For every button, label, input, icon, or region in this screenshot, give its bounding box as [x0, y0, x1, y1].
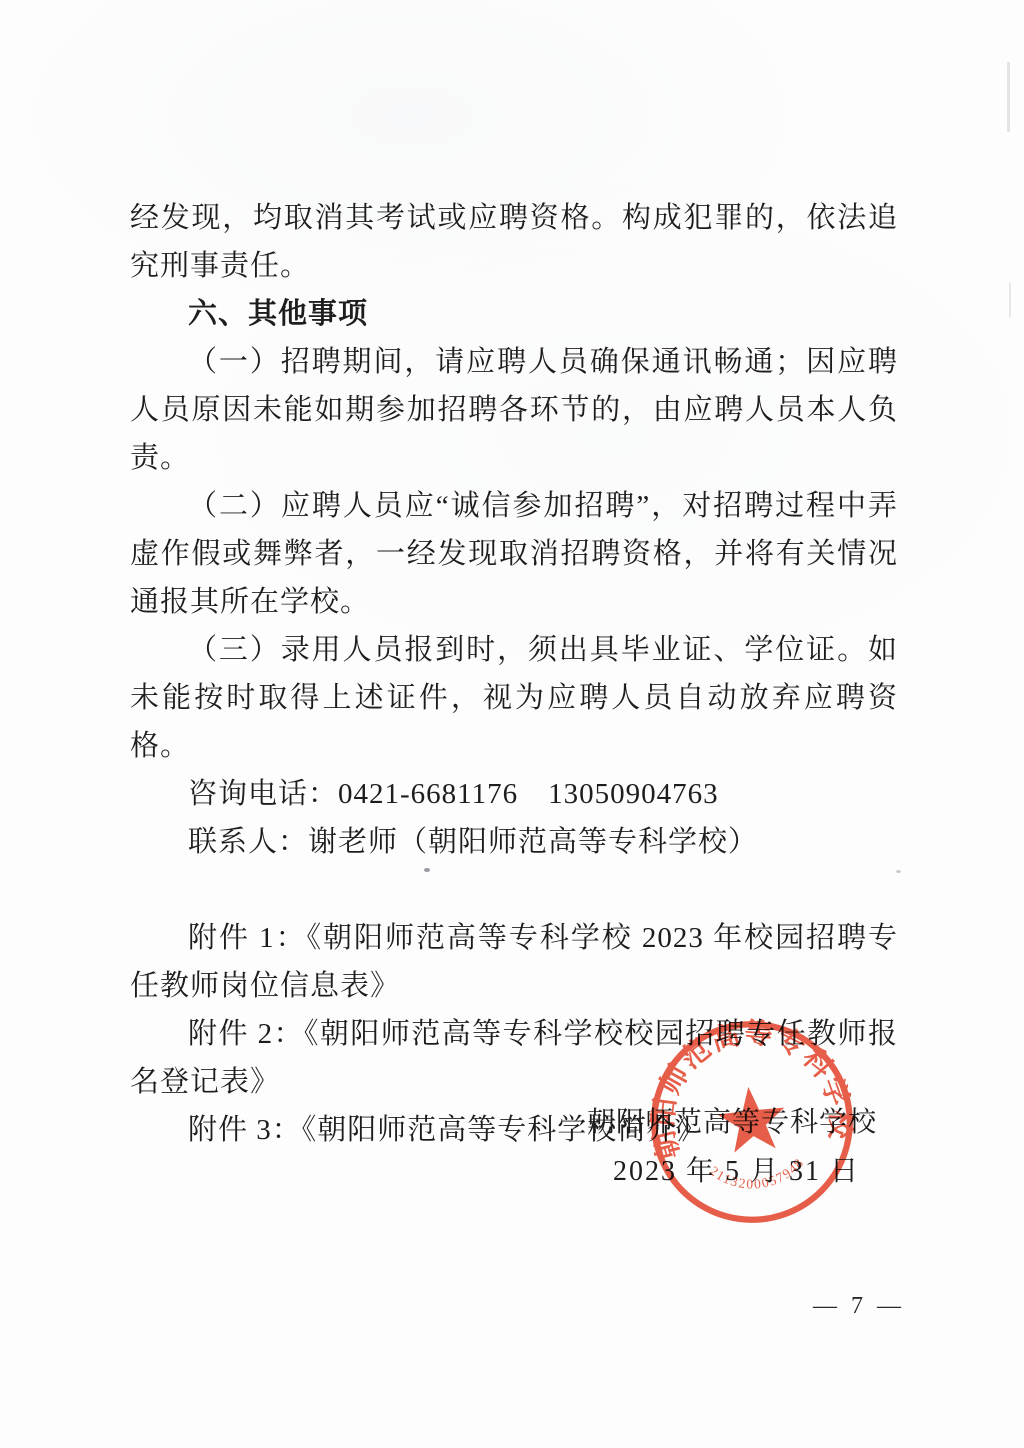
seal-serial-number: 2113200057948: [706, 1154, 810, 1197]
contact-line: 联系人：谢老师（朝阳师范高等专科学校）: [130, 818, 898, 866]
paragraph-item-1: （一）招聘期间，请应聘人员确保通讯畅通；因应聘人员原因未能如期参加招聘各环节的，…: [130, 338, 898, 482]
document-body: 经发现，均取消其考试或应聘资格。构成犯罪的，依法追究刑事责任。 六、其他事项 （…: [130, 194, 898, 1154]
paragraph-continuation: 经发现，均取消其考试或应聘资格。构成犯罪的，依法追究刑事责任。: [130, 194, 898, 290]
star-icon: [715, 1083, 789, 1154]
svg-text:2113200057948: 2113200057948: [706, 1154, 810, 1197]
paragraph-item-3: （三）录用人员报到时，须出具毕业证、学位证。如未能按时取得上述证件，视为应聘人员…: [130, 626, 898, 770]
scanned-document-page: 经发现，均取消其考试或应聘资格。构成犯罪的，依法追究刑事责任。 六、其他事项 （…: [0, 0, 1024, 1448]
scan-edge-artifact: [1009, 283, 1011, 317]
section-heading: 六、其他事项: [130, 290, 898, 338]
paragraph-item-2: （二）应聘人员应“诚信参加招聘”，对招聘过程中弄虚作假或舞弊者，一经发现取消招聘…: [130, 482, 898, 626]
phone-line: 咨询电话：0421-6681176 13050904763: [130, 770, 898, 818]
page-number: — 7 —: [813, 1293, 905, 1320]
official-seal-icon: 朝阳师范高等专科学校 2113200057948: [638, 1008, 867, 1237]
scan-edge-artifact: [1007, 62, 1010, 132]
attachment-1: 附件 1：《朝阳师范高等专科学校 2023 年校园招聘专任教师岗位信息表》: [130, 914, 898, 1010]
